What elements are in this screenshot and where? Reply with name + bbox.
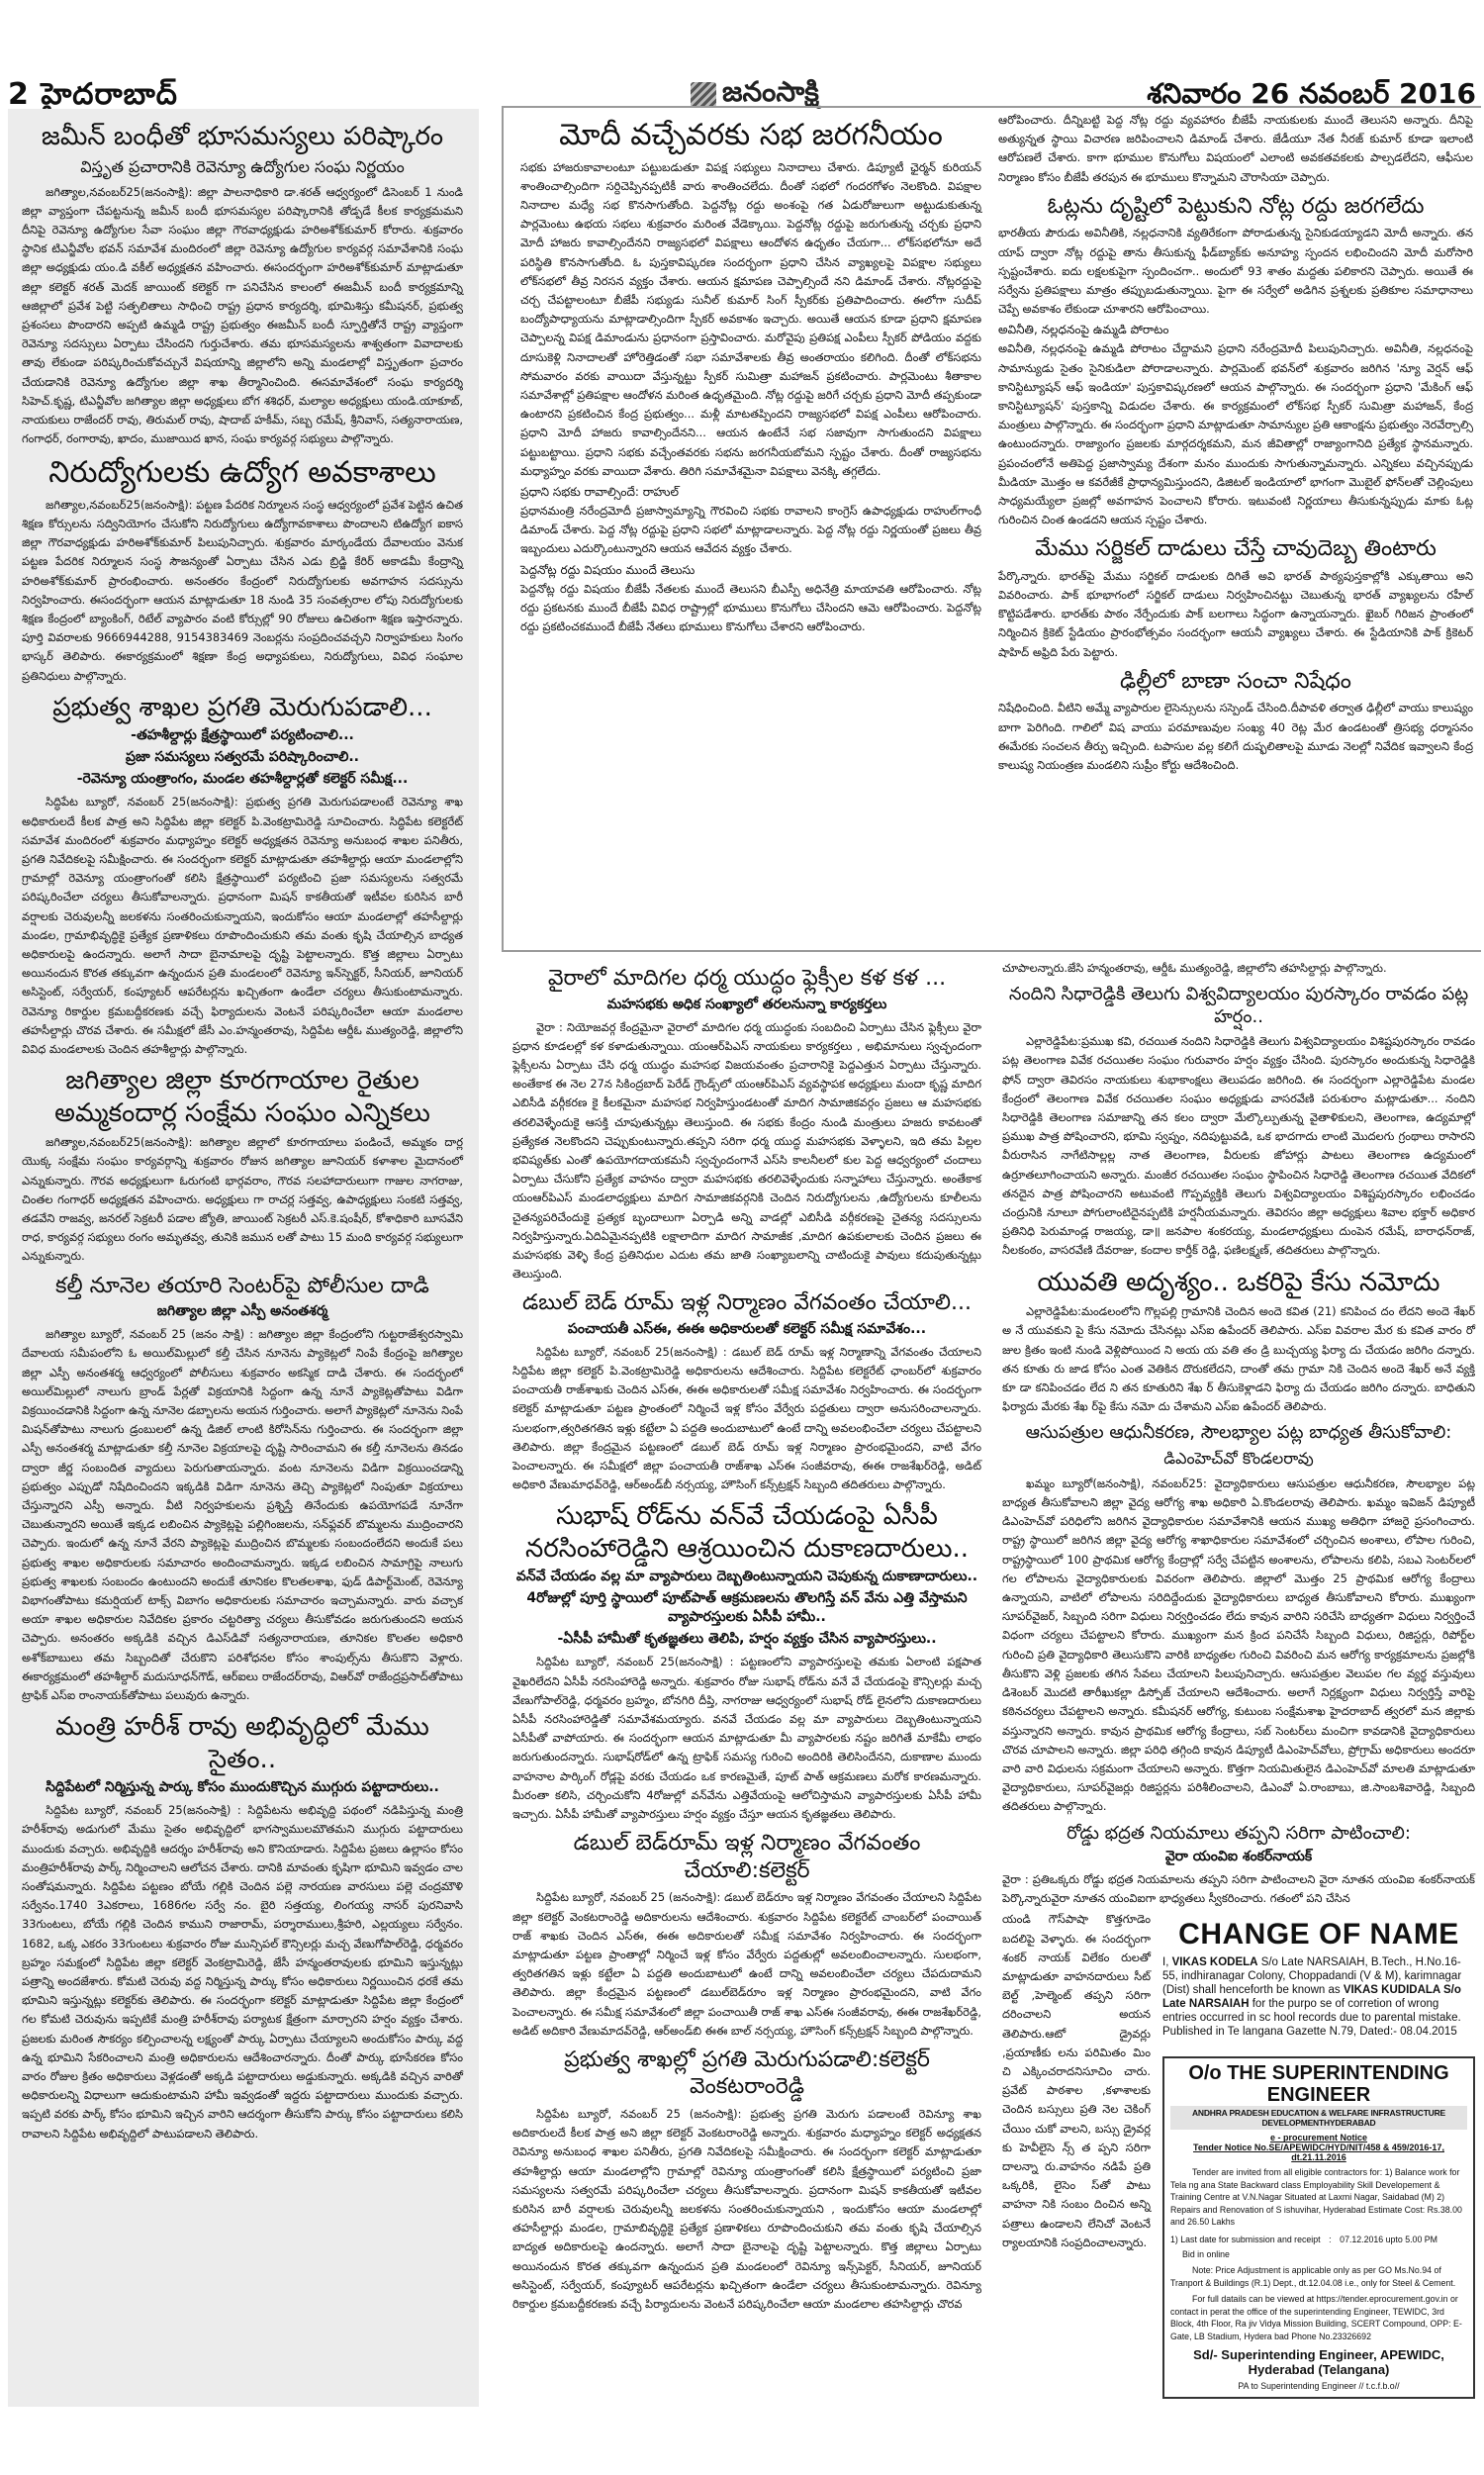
left-column: జమీన్ బంధీతో భూసమస్యలు పరిష్కారం విస్తృత… xyxy=(8,109,479,2407)
article-body: నిషేధించింది. వీటిని అమ్మే వ్యాపారుల లైస… xyxy=(998,699,1473,775)
change-of-name-ad: CHANGE OF NAME I, VIKAS KODELA S/o Late … xyxy=(1162,1918,1475,2039)
article-body: జగిత్యాల,నవంబర్25(జనంసాక్షి): పట్టణ పేదర… xyxy=(22,496,463,686)
article-delhi-firecracker-ban: ఢిల్లీలో బాణా సంచా నిషేధం నిషేధించింది. … xyxy=(998,668,1473,775)
article-headline: ఢిల్లీలో బాణా సంచా నిషేధం xyxy=(998,668,1473,696)
article-subhead: జగిత్యాల జిల్లా ఎస్పీ అనంతశర్మ xyxy=(22,1303,463,1322)
article-notes-ban-not-for-votes: ఓట్లను దృష్టిలో పెట్టుకుని నోట్ల రద్దు జ… xyxy=(998,193,1473,530)
article-subhead: మహసభకు అధిక సంఖ్యాలో తరలనున్నా కార్యకర్త… xyxy=(512,997,981,1015)
tender-bid-mode: Bid in online xyxy=(1170,2248,1467,2261)
article-body: సభకు హాజరుకావాలంటూ పట్టుబడుతూ విపక్ష సభ్… xyxy=(520,158,981,481)
article-subhash-road-oneway: సుభాష్ రోడ్‌ను వన్‌వే చేయడంపై ఏసీపీ నరసి… xyxy=(512,1500,981,1824)
article-headline: ప్రభుత్వ శాఖల్లో ప్రగతి మెరుగుపడాలి:కలెక… xyxy=(512,2047,981,2101)
tender-last-date-sep: : xyxy=(1329,2235,1331,2244)
article-subhead: డిఎంహెచ్‌వో కొండలరావు xyxy=(1002,1449,1475,1472)
logo-map-icon xyxy=(691,82,716,108)
article-double-bedroom-collector: డబుల్ బెడ్‌రూమ్ ఇళ్ల నిర్మాణం వేగవంతం చే… xyxy=(512,1830,981,2041)
article-body: సిద్ధిపేట బ్యూరో, నవంబర్ 25(జనంసాక్షి): … xyxy=(22,793,463,1059)
article-road-safety: రోడ్డు భద్రత నియమాలు తప్పని సరిగా పాటించ… xyxy=(1002,1823,1475,2400)
article-adulterated-oil-raid: కల్తీ నూనెల తయారి సెంటర్‌పై పోలీసుల దాడి… xyxy=(22,1273,463,1706)
article-double-bedroom-houses: డబుల్ బెడ్ రూమ్ ఇళ్ల నిర్మాణం వేగవంతం చే… xyxy=(512,1289,981,1494)
article-headline: నిరుద్యోగులకు ఉద్యోగ అవకాశాలు xyxy=(22,454,463,492)
con-old-name: VIKAS KODELA xyxy=(1172,1956,1258,1968)
article-subhead: ప్రజా సమస్యలు సత్వరమే పరిష్కారించాలి.. xyxy=(22,749,463,768)
masthead: 2 హైదరాబాద్ జనంసాక్షి శనివారం 26 నవంబర్ … xyxy=(0,0,1484,107)
article-body: సిద్దిపేట బ్యూరో, నవంబర్ 25(జనంసాక్షి) :… xyxy=(22,1801,463,2143)
article-body: అవినీతి, నల్లధనంపై ఉమ్మడి పోరాటం చేద్దామ… xyxy=(998,339,1473,529)
road-safety-split: యండి గౌస్‌పాషా కొత్తగూడెం బదలిపై వెళ్ళార… xyxy=(1002,1910,1475,2399)
article-body: వైరా : నియోజవర్గ కేంద్రమైనా వైరాలో మాదిగ… xyxy=(512,1018,981,1285)
article-body: సిద్దిపేట బ్యూరో, నవంబర్ 25(జనంసాక్షి) :… xyxy=(512,1343,981,1495)
article-body: ఆరోపించారు. దీన్నిబట్టి పెద్ద నోట్ల రద్ద… xyxy=(998,111,1473,187)
article-govt-departments-progress: ప్రభుత్వ శాఖల ప్రగతి మెరుగుపడాలి... -తహశ… xyxy=(22,692,463,1059)
article-body: సిద్దిపేట బ్యూరో, నవంబర్ 25 (జనంసాక్షి):… xyxy=(512,1888,981,2041)
article-missing-young-woman: యువతి అదృశ్యం.. ఒకరిపై కేసు నమోదు ఎల్లార… xyxy=(1002,1267,1475,1417)
article-body: సిద్దిపేట బ్యూరో, నవంబర్ 25(జనంసాక్షి) :… xyxy=(512,1653,981,1824)
top-story-left-column: మోదీ వచ్చేవరకు సభ జరగనీయం సభకు హాజరుకావా… xyxy=(514,111,987,942)
middle-column: వైరాలో మాదిగల ధర్మ యుద్ధం ఫ్లెక్సీల కళ క… xyxy=(505,955,989,2475)
section-label: ప్రధాని సభకు రావాల్సిందే: రాహుల్ xyxy=(520,483,981,502)
article-headline: మంత్రి హరీశ్ రావు అభివృద్ధిలో మేము సైతం.… xyxy=(22,1711,463,1775)
article-hospital-modernization: ఆసుపత్రుల ఆధునీకరణ, సౌలభ్యాల పట్ల బాధ్యత… xyxy=(1002,1422,1475,1816)
right-column: చూపాలన్నారు.జేసి హన్మంతరావు, ఆర్డీఓ ముత్… xyxy=(996,955,1481,2475)
article-vegetable-farmers-election: జగిత్యాల జిల్లా కూరగాయాల రైతుల అమ్మకందార… xyxy=(22,1065,463,1266)
article-headline: కల్తీ నూనెల తయారి సెంటర్‌పై పోలీసుల దాడి xyxy=(22,1273,463,1300)
article-headline: జమీన్ బంధీతో భూసమస్యలు పరిష్కారం xyxy=(22,121,463,153)
change-of-name-text: I, VIKAS KODELA S/o Late NARSAIAH, B.Tec… xyxy=(1162,1955,1475,2039)
article-body: ఎల్లారెడ్డిపేట:ప్రముఖ కవి, రచయిత నందిని … xyxy=(1002,1032,1475,1260)
article-body: భారతీయ పౌరుడు అవినీతికి, నల్లధనానికి వ్య… xyxy=(998,224,1473,319)
article-headline: వైరాలో మాదిగల ధర్మ యుద్ధం ఫ్లెక్సీల కళ క… xyxy=(512,965,981,993)
article-zameen-bandi: జమీన్ బంధీతో భూసమస్యలు పరిష్కారం విస్తృత… xyxy=(22,121,463,448)
road-safety-narrow-column: యండి గౌస్‌పాషా కొత్తగూడెం బదలిపై వెళ్ళార… xyxy=(1002,1910,1151,2399)
change-of-name-title: CHANGE OF NAME xyxy=(1162,1918,1475,1951)
article-body: ప్రధానమంత్రి నరేంద్రమోదీ ప్రజాస్వామ్యాన్… xyxy=(520,502,981,559)
tender-title: O/o THE SUPERINTENDING ENGINEER xyxy=(1170,2062,1467,2106)
lead-headline: మోదీ వచ్చేవరకు సభ జరగనీయం xyxy=(520,117,981,154)
article-headline: మేము సర్జికల్ దాడులు చేస్తే చావుదెబ్బ తి… xyxy=(998,535,1473,563)
article-body: పేర్కొన్నారు. భారత్‌పై మేము సర్జికల్ దాడ… xyxy=(998,567,1473,662)
article-nandini-sidha-reddy: నందిని సిధారెడ్డికి తెలుగు విశ్వవిద్యాలయ… xyxy=(1002,984,1475,1260)
article-headline: ఓట్లను దృష్టిలో పెట్టుకుని నోట్ల రద్దు జ… xyxy=(998,193,1473,221)
tender-subtitle: e - procurement Notice xyxy=(1170,2133,1467,2142)
article-headline: నందిని సిధారెడ్డికి తెలుగు విశ్వవిద్యాలయ… xyxy=(1002,984,1475,1028)
tender-notice-ad: O/o THE SUPERINTENDING ENGINEER ANDHRA P… xyxy=(1162,2056,1475,2399)
article-body: జగిత్యాల బ్యూరో, నవంబర్ 25 (జనం సాక్షి) … xyxy=(22,1325,463,1705)
con-prefix: I, xyxy=(1162,1956,1172,1968)
top-story-right-column: ఆరోపించారు. దీన్నిబట్టి పెద్ద నోట్ల రద్ద… xyxy=(992,111,1479,942)
article-subhead: -రెవెన్యూ యంత్రాంగం, మండల తహశీల్దార్లతో … xyxy=(22,771,463,790)
tender-description: Tender are invited from all eligible con… xyxy=(1170,2166,1467,2229)
article-govt-depts-collector: ప్రభుత్వ శాఖల్లో ప్రగతి మెరుగుపడాలి:కలెక… xyxy=(512,2047,981,2314)
tender-pa-line: PA to Superintending Engineer // t.c.f.b… xyxy=(1170,2381,1467,2391)
article-headline: రోడ్డు భద్రత నియమాలు తప్పని సరిగా పాటించ… xyxy=(1002,1823,1475,1846)
article-body: జగిత్యాల,నవంబర్25(జనంసాక్షి): జగిత్యాల జ… xyxy=(22,1133,463,1266)
article-surgical-strikes: మేము సర్జికల్ దాడులు చేస్తే చావుదెబ్బ తి… xyxy=(998,535,1473,662)
article-subhead: వైరా యంవిఐ శంకర్‌నాయక్ xyxy=(1002,1849,1475,1867)
article-unemployed-jobs: నిరుద్యోగులకు ఉద్యోగ అవకాశాలు జగిత్యాల,న… xyxy=(22,454,463,686)
article-headline: జగిత్యాల జిల్లా కూరగాయాల రైతుల అమ్మకందార… xyxy=(22,1065,463,1129)
tender-signature: Sd/- Superintending Engineer, APEWIDC, H… xyxy=(1170,2347,1467,2377)
article-subhead: వన్‌వే చేయడం వల్ల మా వ్యాపారులు దెబ్బతిం… xyxy=(512,1569,981,1587)
article-headline: ఆసుపత్రుల ఆధునీకరణ, సౌలభ్యాల పట్ల బాధ్యత… xyxy=(1002,1422,1475,1445)
article-headline: డబుల్ బెడ్ రూమ్ ఇళ్ల నిర్మాణం వేగవంతం చే… xyxy=(512,1289,981,1317)
ads-column: CHANGE OF NAME I, VIKAS KODELA S/o Late … xyxy=(1162,1910,1475,2399)
article-subhead: సిద్దిపేటలో నిర్మిస్తున్న పార్కు కోసం ము… xyxy=(22,1779,463,1798)
article-subhead: పంచాయతీ ఎస్‌ఈ, ఈఈ అధికారులతో కలెక్టర్ సమ… xyxy=(512,1321,981,1340)
article-madiga-dharma-yuddham: వైరాలో మాదిగల ధర్మ యుద్ధం ఫ్లెక్సీల కళ క… xyxy=(512,965,981,1284)
section-label: పెద్దనోట్ల రద్దు విషయం ముందే తెలుసు xyxy=(520,561,981,580)
tender-last-date-row: 1) Last date for submission and receipt … xyxy=(1170,2235,1467,2244)
article-body: పెద్దనోట్ల రద్దు విషయం బీజేపీ నేతలకు ముం… xyxy=(520,580,981,637)
article-body: ఎల్లారెడ్డిపేట:మండలంలోని గొల్లపల్లి గ్రా… xyxy=(1002,1302,1475,1416)
tender-last-date-label: 1) Last date for submission and receipt xyxy=(1170,2235,1321,2244)
article-subhead: -తహశీల్దార్లు క్షేత్రస్థాయిలో పర్యటించాల… xyxy=(22,727,463,746)
article-body: వైరా : ప్రతిఒక్కరు రోడ్డు భద్రత నియమాలను… xyxy=(1002,1870,1475,1908)
tender-notice-number: Tender Notice No.SE/APEWIDC/HYD/NIT/458 … xyxy=(1170,2142,1467,2162)
tender-last-date-value: 07.12.2016 upto 5.00 PM xyxy=(1340,2235,1438,2244)
article-body: జగిత్యాల,నవంబర్25(జనంసాక్షి): జిల్లా పాల… xyxy=(22,183,463,449)
article-headline: డబుల్ బెడ్‌రూమ్ ఇళ్ల నిర్మాణం వేగవంతం చే… xyxy=(512,1830,981,1884)
tender-note: Note: Price Adjustment is applicable onl… xyxy=(1170,2264,1467,2289)
tender-organization: ANDHRA PRADESH EDUCATION & WELFARE INFRA… xyxy=(1170,2106,1467,2130)
article-harish-rao-park: మంత్రి హరీశ్ రావు అభివృద్ధిలో మేము సైతం.… xyxy=(22,1711,463,2143)
article-body: సిద్దిపేట బ్యూరో, నవంబర్ 25 (జనంసాక్షి):… xyxy=(512,2105,981,2314)
article-headline: ప్రభుత్వ శాఖల ప్రగతి మెరుగుపడాలి... xyxy=(22,692,463,724)
tender-details: For full datails can be viewed at https:… xyxy=(1170,2293,1467,2342)
article-body: యండి గౌస్‌పాషా కొత్తగూడెం బదలిపై వెళ్ళార… xyxy=(1002,1910,1151,2252)
article-headline: సుభాష్ రోడ్‌ను వన్‌వే చేయడంపై ఏసీపీ నరసి… xyxy=(512,1500,981,1565)
article-subhead: -ఏసీపీ హామీతో కృతజ్ఞతలు తెలిపి, హర్షం వ్… xyxy=(512,1631,981,1650)
article-continuation: చూపాలన్నారు.జేసి హన్మంతరావు, ఆర్డీఓ ముత్… xyxy=(1002,959,1475,978)
article-subhead: 4రోజుల్లో పూర్తి స్థాయిలో పూట్‌పాత్ ఆక్ర… xyxy=(512,1590,981,1628)
section-label: అవినీతి, నల్లధనంపై ఉమ్మడి పోరాటం xyxy=(998,321,1473,339)
article-body: ఖమ్మం బ్యూరో(జనంసాక్షి), నవంబర్25: వైద్య… xyxy=(1002,1475,1475,1817)
article-headline: యువతి అదృశ్యం.. ఒకరిపై కేసు నమోదు xyxy=(1002,1267,1475,1299)
article-subhead: విస్తృత ప్రచారానికి రెవెన్యూ ఉద్యోగుల సం… xyxy=(22,157,463,180)
